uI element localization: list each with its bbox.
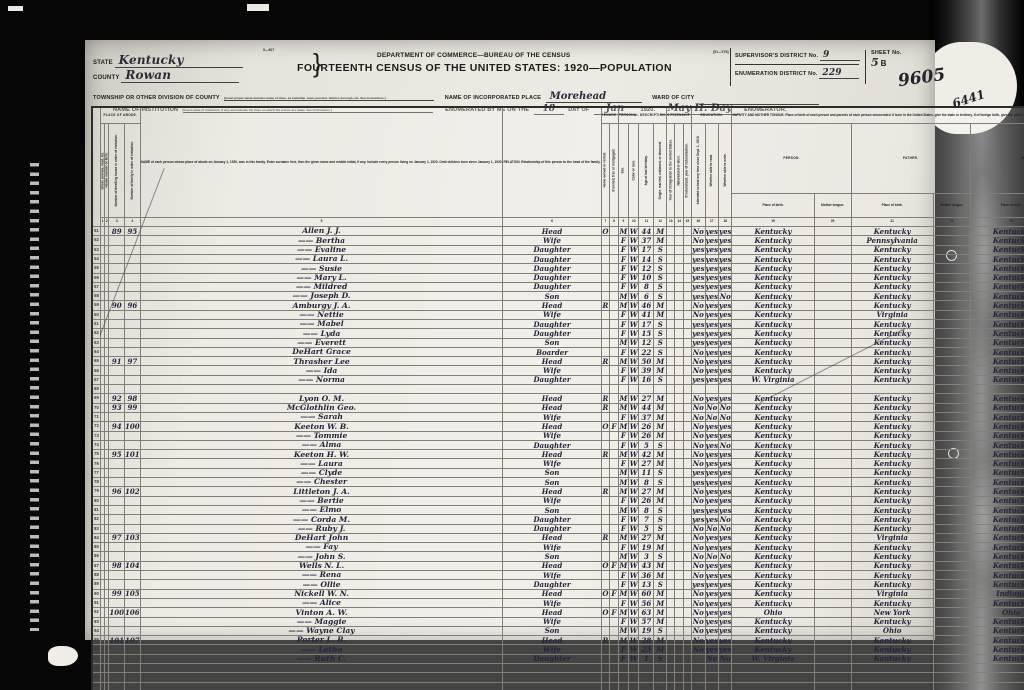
cell-line-number: 97 (92, 654, 101, 663)
cell-f (125, 347, 141, 356)
cell-c13 (667, 375, 675, 384)
cell-pbm: Kentucky (970, 320, 1024, 329)
cell-sex: F (618, 264, 628, 273)
cell-line-number: 77 (92, 468, 101, 477)
cell-pb: Kentucky (732, 329, 814, 338)
cell-pb: Kentucky (732, 440, 814, 449)
cell-fm (610, 543, 618, 552)
cell-line-number: 92 (92, 608, 101, 617)
cell-c15 (683, 552, 691, 561)
cell-line-number: 57 (92, 282, 101, 291)
cell-colr: W (629, 329, 639, 338)
cell-pbf: Virginia (851, 533, 933, 542)
cell-line-number: 79 (92, 487, 101, 496)
cell-colr: W (629, 422, 639, 431)
cell-line-number: 81 (92, 505, 101, 514)
census-row: 6868 (92, 385, 1024, 394)
cell-c15 (683, 375, 691, 384)
cell-line-number: 54 (92, 254, 101, 263)
cell-pbf: Pennsylvania (851, 236, 933, 245)
cell-own (601, 273, 610, 282)
cell-sex: F (618, 459, 628, 468)
cell-sex (618, 663, 628, 672)
cell-mar (654, 673, 667, 682)
census-row: 97—— Ruth C.DaughterFW1SNoNoW. VirginiaK… (92, 654, 1024, 663)
cell-d (109, 645, 125, 654)
cell-c13 (667, 385, 675, 394)
cell-d: 99 (109, 589, 125, 598)
cell-rd: yes (705, 533, 718, 542)
census-row: 58—— Joseph D.SonMW6SyesyesNoKentuckyKen… (92, 292, 1024, 301)
cell-pbt (814, 617, 851, 626)
cell-pbt (814, 571, 851, 580)
cell-own (601, 571, 610, 580)
enumeration-district: ENUMERATION DISTRICT No. 229 (735, 64, 859, 79)
cell-sch: yes (692, 468, 705, 477)
cell-line-number: 94 (92, 626, 101, 635)
cell-mar: S (654, 552, 667, 561)
cell-rel: Daughter (503, 254, 601, 263)
cell-c13 (667, 487, 675, 496)
census-row: 92100106Vinton A. W.HeadOFMW63MNoyesyesO… (92, 608, 1024, 617)
cell-pbf: Kentucky (851, 338, 933, 347)
cell-wr: yes (719, 338, 732, 347)
cell-pbft (933, 598, 970, 607)
cell-c14 (675, 645, 683, 654)
cell-rd: No (705, 524, 718, 533)
cell-rd: yes (705, 273, 718, 282)
cell-pb: Kentucky (732, 227, 814, 236)
cell-colr: W (629, 589, 639, 598)
cell-sex: F (618, 375, 628, 384)
cell-mar: S (654, 282, 667, 291)
cell-c14 (675, 264, 683, 273)
cell-wr (719, 385, 732, 394)
cell-sex: M (618, 301, 628, 310)
cell-own: R (601, 357, 610, 366)
cell-sch: No (692, 431, 705, 440)
cell-line-number: 68 (92, 385, 101, 394)
cell-f: 101 (125, 450, 141, 459)
cell-name: —— Norma (140, 375, 503, 384)
cell-rel (503, 663, 601, 672)
cell-pb: Ohio (732, 608, 814, 617)
cell-wr: yes (719, 320, 732, 329)
cell-age: 39 (639, 366, 654, 375)
cell-f (125, 385, 141, 394)
col-age: Age at last birthday. (639, 123, 654, 218)
cell-mar: S (654, 264, 667, 273)
cell-sex: M (618, 357, 628, 366)
sd-value: 9 (820, 50, 860, 61)
cell-c14 (675, 580, 683, 589)
cell-rel: Head (503, 533, 601, 542)
subgroup-person: PERSON. (732, 123, 851, 193)
cell-d: 92 (109, 394, 125, 403)
cell-pbft (933, 617, 970, 626)
cell-wr: yes (719, 598, 732, 607)
cell-rd: yes (705, 292, 718, 301)
cell-pbm: Kentucky (970, 227, 1024, 236)
cell-rd: yes (705, 282, 718, 291)
cell-colr: W (629, 403, 639, 412)
cell-d (109, 580, 125, 589)
cell-c14 (675, 598, 683, 607)
cell-fm (610, 227, 618, 236)
cell-pb: Kentucky (732, 282, 814, 291)
cell-f (125, 366, 141, 375)
cell-pb: Kentucky (732, 366, 814, 375)
cell-mar: M (654, 236, 667, 245)
cell-own (601, 645, 610, 654)
cell-pbm: Kentucky (970, 617, 1024, 626)
column-number: 23 (970, 218, 1024, 227)
cell-fm (610, 375, 618, 384)
cell-pbt (814, 645, 851, 654)
cell-rd: yes (705, 468, 718, 477)
cell-pbm: Kentucky (970, 347, 1024, 356)
cell-colr: W (629, 515, 639, 524)
cell-name: Nickell W. N. (140, 589, 503, 598)
cell-wr: yes (719, 347, 732, 356)
cell-fm (610, 301, 618, 310)
cell-c14 (675, 366, 683, 375)
cell-c14 (675, 654, 683, 663)
census-sheet-paper: STATE Kentucky COUNTY Rowan } 9—607 DEPA… (85, 40, 935, 640)
cell-c15 (683, 459, 691, 468)
cell-sex: F (618, 524, 628, 533)
column-number: 17 (705, 218, 718, 227)
cell-c15 (683, 645, 691, 654)
census-row: 95101107Porter L. B.HeadRMW28MNoyesyesKe… (92, 636, 1024, 645)
census-row: 100100 (92, 682, 1024, 690)
cell-f (125, 654, 141, 663)
census-row: 67—— NormaDaughterFW16SyesyesyesW. Virgi… (92, 375, 1024, 384)
census-row: 85—— FayWifeFW19MNoyesyesKentuckyKentuck… (92, 543, 1024, 552)
cell-wr: No (719, 403, 732, 412)
cell-f (125, 273, 141, 282)
cell-c13 (667, 366, 675, 375)
cell-d (109, 505, 125, 514)
cell-pbf: Kentucky (851, 264, 933, 273)
cell-age: 41 (639, 310, 654, 319)
cell-fm (610, 617, 618, 626)
cell-sch: yes (692, 505, 705, 514)
census-row: 518995Allen J. J.HeadOMW44MNoyesyesKentu… (92, 227, 1024, 236)
cell-rel: Head (503, 561, 601, 570)
cell-rd: yes (705, 478, 718, 487)
cell-sch (692, 682, 705, 690)
sheet-value: 5 (871, 56, 879, 69)
cell-age: 12 (639, 264, 654, 273)
cell-age: 56 (639, 598, 654, 607)
cell-pbm: Indiana (970, 589, 1024, 598)
cell-sex: M (618, 468, 628, 477)
cell-pb: Kentucky (732, 533, 814, 542)
cell-c15 (683, 571, 691, 580)
census-row: 8497103DeHart JohnHeadRMW27MNoyesyesKent… (92, 533, 1024, 542)
cell-fm (610, 394, 618, 403)
cell-pbm: Kentucky (970, 310, 1024, 319)
cell-c13 (667, 459, 675, 468)
cell-fm (610, 682, 618, 690)
cell-d (109, 598, 125, 607)
census-row: 91—— AliceWifeFW56MNoyesyesKentuckyKentu… (92, 598, 1024, 607)
cell-own (601, 282, 610, 291)
cell-pbm: Kentucky (970, 478, 1024, 487)
cell-colr: W (629, 552, 639, 561)
cell-rd: yes (705, 375, 718, 384)
cell-sex: M (618, 450, 628, 459)
cell-sex: M (618, 636, 628, 645)
cell-c13 (667, 478, 675, 487)
cell-sex (618, 673, 628, 682)
cell-sex: M (618, 227, 628, 236)
cell-pbf: Kentucky (851, 375, 933, 384)
cell-rd: yes (705, 571, 718, 580)
subgroup-mother: MOTHER. (970, 123, 1024, 193)
cell-f (125, 282, 141, 291)
cell-line-number: 82 (92, 515, 101, 524)
cell-age: 8 (639, 478, 654, 487)
cell-sex: M (618, 403, 628, 412)
cell-pbft (933, 645, 970, 654)
cell-pbft (933, 608, 970, 617)
cell-pbm: Kentucky (970, 301, 1024, 310)
cell-d (109, 431, 125, 440)
cell-mar: S (654, 320, 667, 329)
cell-own: R (601, 301, 610, 310)
cell-c14 (675, 236, 683, 245)
col-home-owned-rented: Home owned or rented. (601, 123, 610, 218)
cell-own (601, 654, 610, 663)
cell-pbft (933, 636, 970, 645)
cell-wr (719, 663, 732, 672)
cell-pbf: Kentucky (851, 422, 933, 431)
cell-age: 7 (639, 515, 654, 524)
cell-pbm: Kentucky (970, 273, 1024, 282)
cell-pbft (933, 663, 970, 672)
cell-c15 (683, 450, 691, 459)
cell-wr: yes (719, 227, 732, 236)
cell-rd: yes (705, 617, 718, 626)
cell-c14 (675, 543, 683, 552)
cell-colr: W (629, 394, 639, 403)
cell-colr: W (629, 236, 639, 245)
cell-pbt (814, 264, 851, 273)
cell-pbt (814, 301, 851, 310)
cell-f (125, 598, 141, 607)
cell-c14 (675, 626, 683, 635)
cell-fm (610, 524, 618, 533)
cell-pbft (933, 385, 970, 394)
district-box: SUPERVISOR'S DISTRICT No. 9 ENUMERATION … (730, 48, 911, 86)
cell-sch (692, 663, 705, 672)
edition-mark: [51—576] (713, 50, 729, 54)
cell-age: 15 (639, 329, 654, 338)
cell-pbm: Kentucky (970, 524, 1024, 533)
cell-name (140, 385, 503, 394)
cell-pb: Kentucky (732, 320, 814, 329)
cell-name: Wells N. L. (140, 561, 503, 570)
cell-age (639, 385, 654, 394)
cell-fm (610, 412, 618, 421)
cell-pbm: Kentucky (970, 254, 1024, 263)
cell-age: 46 (639, 301, 654, 310)
cell-colr (629, 682, 639, 690)
cell-sch: yes (692, 264, 705, 273)
cell-pbt (814, 580, 851, 589)
cell-own: R (601, 394, 610, 403)
cell-sch: yes (692, 338, 705, 347)
cell-age: 27 (639, 487, 654, 496)
col-free-mortgaged: If owned, free or mortgaged. (610, 123, 618, 218)
cell-age: 44 (639, 403, 654, 412)
cell-age: 27 (639, 459, 654, 468)
header-row: PLACE OF ABODE.NAME of each person whose… (92, 107, 1024, 123)
cell-c15 (683, 478, 691, 487)
cell-d (109, 320, 125, 329)
cell-pbt (814, 375, 851, 384)
cell-name: —— Ollie (140, 580, 503, 589)
col-father-tongue: Mother tongue. (933, 193, 970, 217)
cell-c15 (683, 245, 691, 254)
cell-age: 16 (639, 375, 654, 384)
cell-pbf: Ohio (851, 626, 933, 635)
cell-wr (719, 682, 732, 690)
cell-name: —— Maggie (140, 617, 503, 626)
cell-pbf: Kentucky (851, 505, 933, 514)
cell-c15 (683, 496, 691, 505)
cell-age: 25 (639, 645, 654, 654)
cell-pbft (933, 515, 970, 524)
cell-sch: No (692, 310, 705, 319)
cell-rel: Daughter (503, 329, 601, 338)
cell-line-number: 100 (92, 682, 101, 690)
cell-f (125, 682, 141, 690)
cell-rel: Head (503, 227, 601, 236)
cell-age: 57 (639, 617, 654, 626)
cell-pb: Kentucky (732, 598, 814, 607)
census-row: 61—— MabelDaughterFW17SyesyesyesKentucky… (92, 320, 1024, 329)
cell-pbt (814, 385, 851, 394)
cell-f: 99 (125, 403, 141, 412)
cell-c13 (667, 310, 675, 319)
cell-pb: Kentucky (732, 561, 814, 570)
cell-c15 (683, 673, 691, 682)
subgroup-father: FATHER. (851, 123, 970, 193)
cell-rel: Daughter (503, 515, 601, 524)
cell-c13 (667, 227, 675, 236)
cell-wr: yes (719, 375, 732, 384)
cell-colr: W (629, 320, 639, 329)
cell-pbm: Kentucky (970, 533, 1024, 542)
cell-mar: M (654, 403, 667, 412)
colgroup-education: EDUCATION. (692, 107, 732, 123)
cell-pb: Kentucky (732, 301, 814, 310)
cell-c13 (667, 282, 675, 291)
census-row: 89—— OllieDaughterFW13SyesyesyesKentucky… (92, 580, 1024, 589)
cell-pbf: Kentucky (851, 645, 933, 654)
column-number: 14 (675, 218, 683, 227)
cell-colr: W (629, 608, 639, 617)
cell-sch: No (692, 617, 705, 626)
cell-c13 (667, 673, 675, 682)
cell-rel (503, 673, 601, 682)
cell-line-number: 55 (92, 264, 101, 273)
cell-line-number: 51 (92, 227, 101, 236)
cell-pbt (814, 236, 851, 245)
column-number: 11 (639, 218, 654, 227)
state-label-text: STATE (93, 60, 113, 66)
cell-pbft (933, 440, 970, 449)
cell-c14 (675, 505, 683, 514)
cell-sex: F (618, 654, 628, 663)
census-row: 81—— ElmoSonMW8SyesyesyesKentuckyKentuck… (92, 505, 1024, 514)
cell-colr: W (629, 636, 639, 645)
column-number: 10 (629, 218, 639, 227)
cell-pb (732, 673, 814, 682)
cell-rel: Daughter (503, 282, 601, 291)
cell-rel: Head (503, 589, 601, 598)
colgroup-personal-description: PERSONAL DESCRIPTION. (618, 107, 667, 123)
cell-c13 (667, 264, 675, 273)
cell-wr: No (719, 515, 732, 524)
cell-name: —— Corda M. (140, 515, 503, 524)
cell-rd: yes (705, 264, 718, 273)
binding-holes-strip (30, 163, 39, 631)
cell-name: Porter L. B. (140, 636, 503, 645)
cell-f (125, 338, 141, 347)
cell-line-number: 84 (92, 533, 101, 542)
census-row: 7294100Keeton W. B.HeadOFMW26MNoyesyesKe… (92, 422, 1024, 431)
cell-f (125, 663, 141, 672)
cell-c14 (675, 617, 683, 626)
cell-pbft (933, 236, 970, 245)
cell-f (125, 543, 141, 552)
cell-age: 19 (639, 543, 654, 552)
cell-name: —— Mildred (140, 282, 503, 291)
cell-sex: F (618, 273, 628, 282)
cell-d: 101 (109, 636, 125, 645)
cell-sch: yes (692, 320, 705, 329)
cell-colr: W (629, 478, 639, 487)
cell-pbt (814, 524, 851, 533)
cell-d (109, 347, 125, 356)
cell-rd: yes (705, 589, 718, 598)
cell-sch: No (692, 450, 705, 459)
cell-pbm: Kentucky (970, 357, 1024, 366)
cell-rel: Daughter (503, 320, 601, 329)
cell-pbt (814, 338, 851, 347)
cell-d (109, 440, 125, 449)
cell-colr: W (629, 505, 639, 514)
cell-pbt (814, 487, 851, 496)
cell-name: —— Joseph D. (140, 292, 503, 301)
cell-sch: yes (692, 292, 705, 301)
cell-pb: Kentucky (732, 468, 814, 477)
cell-pb: Kentucky (732, 478, 814, 487)
cell-fm (610, 496, 618, 505)
cell-rd: yes (705, 608, 718, 617)
cell-sch: No (692, 357, 705, 366)
cell-sch: yes (692, 515, 705, 524)
cell-fm (610, 663, 618, 672)
cell-own (601, 431, 610, 440)
cell-colr: W (629, 347, 639, 356)
cell-mar: M (654, 412, 667, 421)
cell-wr: No (719, 654, 732, 663)
